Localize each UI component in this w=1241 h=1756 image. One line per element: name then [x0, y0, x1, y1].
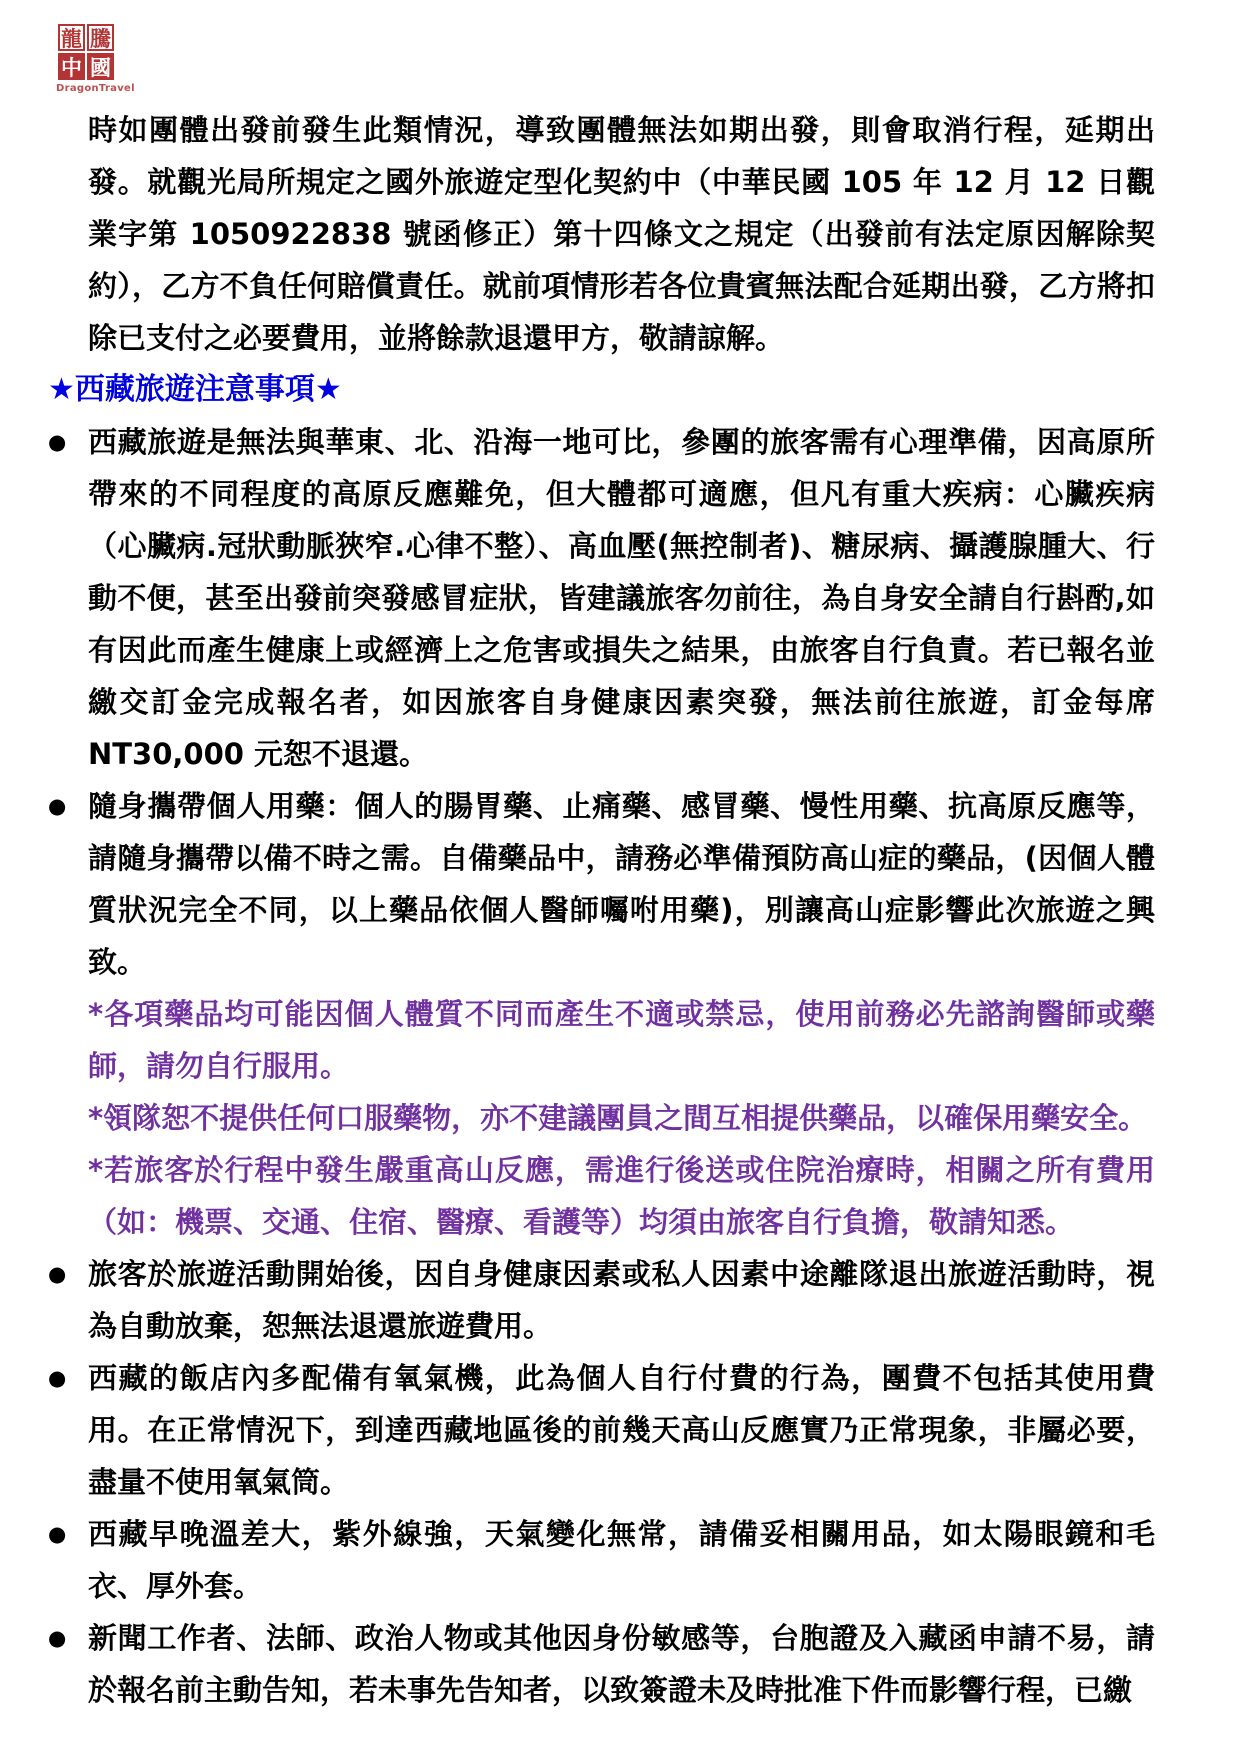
list-item-text: 西藏的飯店內多配備有氧氣機，此為個人自行付費的行為，團費不包括其使用費用。在正常…: [88, 1352, 1155, 1508]
bullet-icon: ●: [48, 1248, 88, 1300]
document-content: 時如團體出發前發生此類情況，導致團體無法如期出發，則會取消行程，延期出發。就觀光…: [48, 104, 1155, 1716]
list-item-text: 西藏旅遊是無法與華東、北、沿海一地可比，參團的旅客需有心理準備，因高原所帶來的不…: [88, 416, 1155, 780]
intro-paragraph: 時如團體出發前發生此類情況，導致團體無法如期出發，則會取消行程，延期出發。就觀光…: [88, 104, 1155, 364]
bullet-icon: ●: [48, 1508, 88, 1560]
medication-note-consult-doctor: *各項藥品均可能因個人體質不同而產生不適或禁忌，使用前務必先諮詢醫師或藥師，請勿…: [88, 988, 1155, 1092]
document-page: 龍 騰 中 國 DragonTravel 時如團體出發前發生此類情況，導致團體無…: [0, 0, 1241, 1756]
bullet-icon: ●: [48, 416, 88, 468]
bullet-icon: ●: [48, 1352, 88, 1404]
list-item-body: 隨身攜帶個人用藥：個人的腸胃藥、止痛藥、感冒藥、慢性用藥、抗高原反應等，請隨身攜…: [88, 780, 1155, 1248]
bullet-icon: ●: [48, 780, 88, 832]
logo-caption: DragonTravel: [56, 83, 1155, 94]
section-heading-tibet-notice: ★西藏旅遊注意事項★: [48, 364, 1155, 416]
medication-note-evacuation-cost: *若旅客於行程中發生嚴重高山反應，需進行後送或住院治療時，相關之所有費用（如：機…: [88, 1144, 1155, 1248]
list-item-text: 旅客於旅遊活動開始後，因自身健康因素或私人因素中途離隊退出旅遊活動時，視為自動放…: [88, 1248, 1155, 1352]
logo: 龍 騰 中 國 DragonTravel: [56, 22, 1155, 100]
bullet-icon: ●: [48, 1612, 88, 1664]
list-item-personal-medication: ● 隨身攜帶個人用藥：個人的腸胃藥、止痛藥、感冒藥、慢性用藥、抗高原反應等，請隨…: [48, 780, 1155, 1248]
list-item-text: 西藏早晚溫差大，紫外線強，天氣變化無常，請備妥相關用品，如太陽眼鏡和毛衣、厚外套…: [88, 1508, 1155, 1612]
list-item-hotel-oxygen: ● 西藏的飯店內多配備有氧氣機，此為個人自行付費的行為，團費不包括其使用費用。在…: [48, 1352, 1155, 1508]
seal-char: 龍: [58, 24, 85, 51]
medication-note-no-sharing: *領隊恕不提供任何口服藥物，亦不建議團員之間互相提供藥品，以確保用藥安全。: [88, 1092, 1155, 1144]
list-item-mid-trip-withdrawal: ● 旅客於旅遊活動開始後，因自身健康因素或私人因素中途離隊退出旅遊活動時，視為自…: [48, 1248, 1155, 1352]
dragon-travel-seal-icon: 龍 騰 中 國: [56, 22, 120, 82]
seal-char: 騰: [87, 24, 114, 51]
seal-char: 國: [87, 53, 114, 80]
list-item-text: 新聞工作者、法師、政治人物或其他因身份敏感等，台胞證及入藏函申請不易，請於報名前…: [88, 1612, 1155, 1716]
seal-char: 中: [58, 53, 85, 80]
list-item-health-warning: ● 西藏旅遊是無法與華東、北、沿海一地可比，參團的旅客需有心理準備，因高原所帶來…: [48, 416, 1155, 780]
list-item-text: 隨身攜帶個人用藥：個人的腸胃藥、止痛藥、感冒藥、慢性用藥、抗高原反應等，請隨身攜…: [88, 780, 1155, 988]
list-item-weather-gear: ● 西藏早晚溫差大，紫外線強，天氣變化無常，請備妥相關用品，如太陽眼鏡和毛衣、厚…: [48, 1508, 1155, 1612]
list-item-sensitive-identity: ● 新聞工作者、法師、政治人物或其他因身份敏感等，台胞證及入藏函申請不易，請於報…: [48, 1612, 1155, 1716]
